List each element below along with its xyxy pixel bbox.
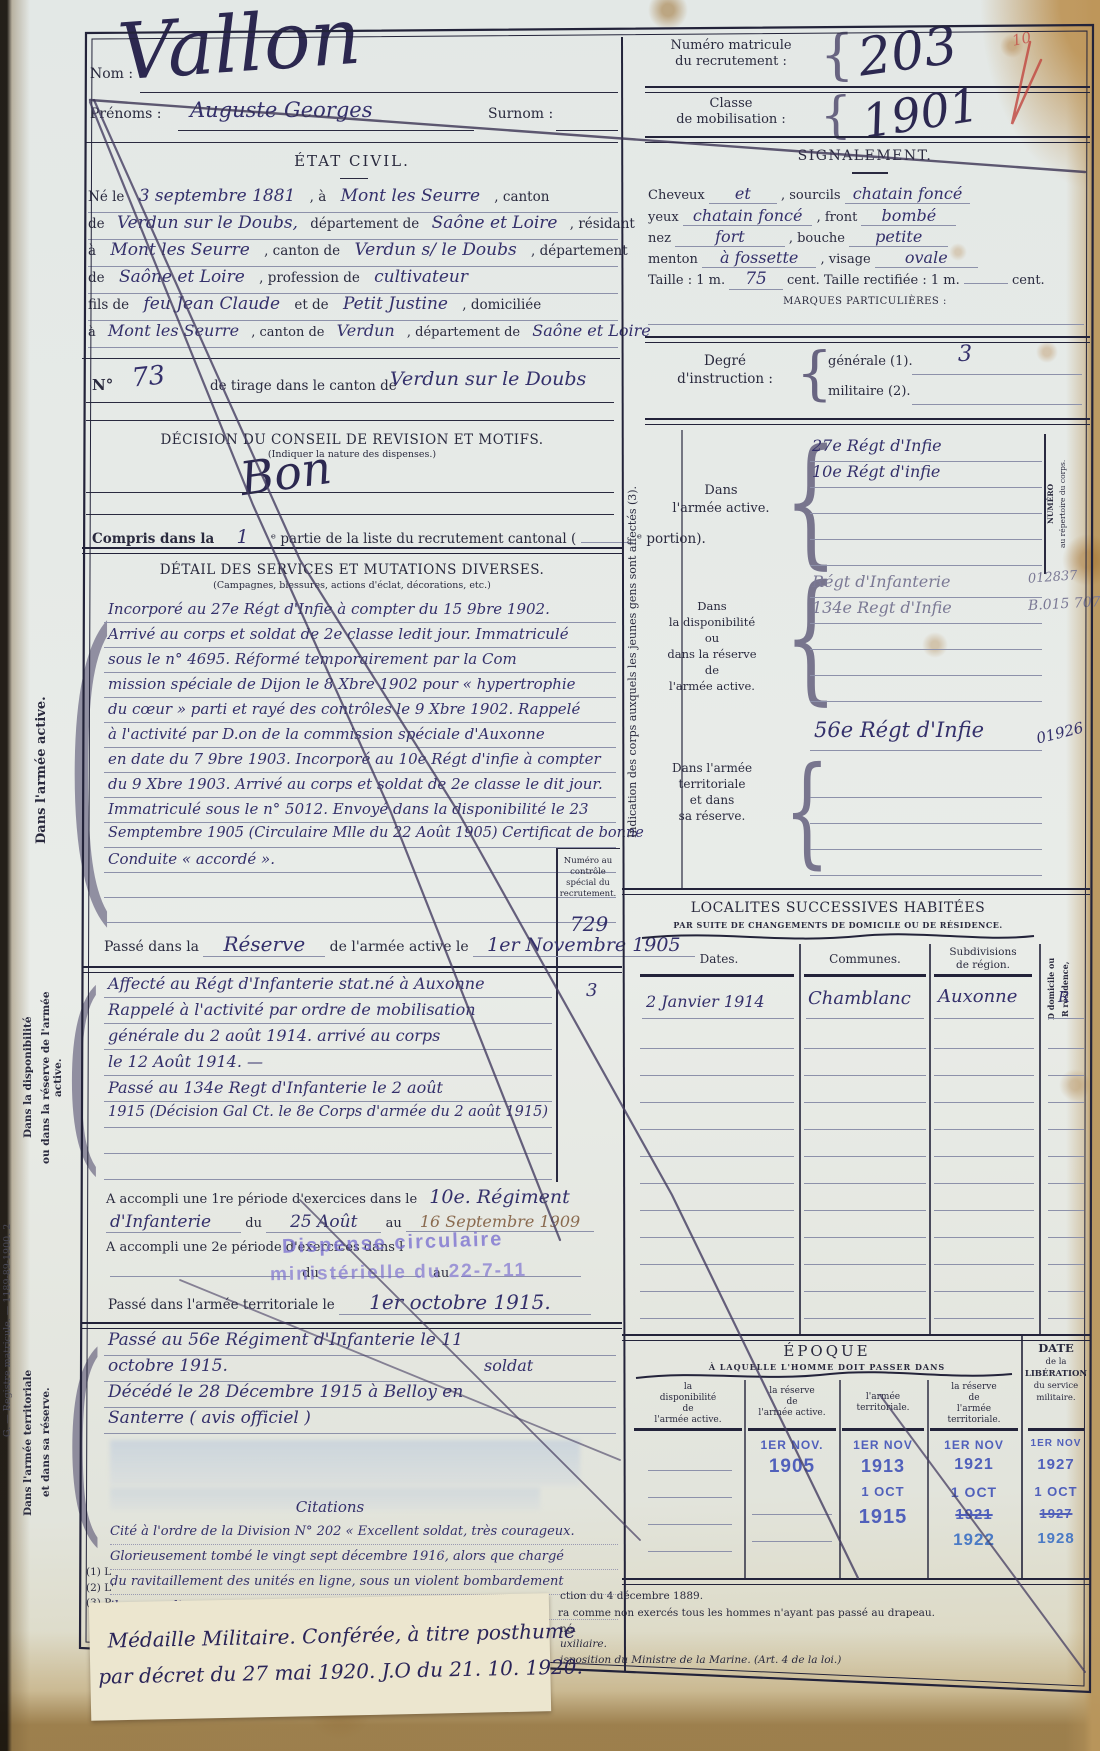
territoriale-entry: Santerre ( avis officiel ) bbox=[108, 1408, 311, 1428]
citation-text: Glorieusement tombé le vingt sept décemb… bbox=[110, 1549, 564, 1564]
ec-line-6: à Mont les Seurre , canton de Verdun , d… bbox=[88, 321, 618, 348]
header-underline bbox=[934, 974, 1032, 977]
decision-line bbox=[86, 492, 614, 493]
corps-56-number: 01926 bbox=[1035, 718, 1086, 747]
service-entry: du cœur » parti et rayé des contrôles le… bbox=[108, 700, 580, 718]
sig-line-2: yeux chatain foncé , front bombé bbox=[648, 206, 1086, 225]
signalement-title: SIGNALEMENT. bbox=[700, 148, 1030, 164]
dispo-brace: ( bbox=[64, 968, 103, 1178]
ec-l3-h2: Verdun s/ le Doubs bbox=[344, 240, 526, 260]
h: la réserve bbox=[951, 1382, 996, 1392]
classe-label: Classede mobilisation : bbox=[650, 96, 812, 128]
armee-active-vertical-label: Dans l'armée active. bbox=[34, 640, 52, 900]
stamp-date: 1927 bbox=[1026, 1456, 1086, 1473]
row-underline bbox=[642, 1018, 794, 1019]
passe-reserve-p2: de l'armée active le bbox=[330, 939, 469, 955]
classe-brace: { bbox=[820, 90, 852, 140]
sig-line-3: nez fort , bouche petite bbox=[648, 227, 1086, 246]
citations-title: Citations bbox=[200, 1498, 460, 1516]
corps-entry: 134e Regt d'Infie bbox=[812, 598, 952, 617]
corps-entry: 10e Régt d'infie bbox=[812, 462, 940, 481]
ec-l6-p1: à bbox=[88, 325, 96, 340]
h: la bbox=[684, 1382, 692, 1392]
title-rule bbox=[340, 178, 368, 179]
epoque-col1-header: ladisponibilitédel'armée active. bbox=[634, 1382, 742, 1426]
header-underline bbox=[930, 1428, 1018, 1431]
bouche-value: petite bbox=[849, 227, 948, 247]
periode-2-blank-1 bbox=[110, 1276, 290, 1277]
passe-territoriale-row: Passé dans l'armée territoriale le 1er o… bbox=[108, 1290, 591, 1314]
cent-label: cent. bbox=[1012, 273, 1045, 288]
ec-l2-h2: Saône et Loire bbox=[424, 213, 566, 233]
corps-active-entries: 27e Régt d'Infie 10e Régt d'infie bbox=[810, 436, 1042, 566]
bouche-label: , bouche bbox=[789, 231, 845, 246]
citation-text: du ravitaillement des unités en ligne, s… bbox=[110, 1574, 564, 1589]
territoriale-group-label-line: sa réserve. bbox=[679, 809, 746, 823]
localites-subtitle: PAR SUITE DE CHANGEMENTS DE DOMICILE OU … bbox=[640, 920, 1036, 930]
degre-label: Degréd'instruction : bbox=[662, 352, 788, 388]
footnote-marker: (1) L bbox=[86, 1566, 111, 1578]
visage-label: , visage bbox=[821, 252, 871, 267]
empty-rows bbox=[934, 1022, 1034, 1322]
matricule-label: Numéro matriculedu recrutement : bbox=[650, 38, 812, 70]
header-underline bbox=[640, 974, 794, 977]
row-underline bbox=[934, 1018, 1034, 1019]
degre-generale-value: 3 bbox=[958, 342, 972, 367]
sourcils-value: chatain foncé bbox=[845, 184, 971, 204]
periode-1-arme: d'Infanterie bbox=[106, 1212, 241, 1233]
date-lib-line: militaire. bbox=[1036, 1393, 1075, 1403]
decision-value: Bon bbox=[237, 440, 335, 506]
ruled-line bbox=[810, 750, 1042, 751]
compris-value: 1 bbox=[219, 526, 267, 549]
periode-1-row: A accompli une 1re période d'exercices d… bbox=[106, 1186, 578, 1208]
stamp-date: 1921 bbox=[930, 1456, 1018, 1474]
territoriale-vertical-label-2: et dans sa réserve. bbox=[40, 1330, 56, 1555]
prenoms-value: Auguste Georges bbox=[190, 98, 373, 122]
nez-label: nez bbox=[648, 231, 671, 246]
ec-l1-h1: 3 septembre 1881 bbox=[129, 186, 306, 206]
matricule-brace: { bbox=[820, 28, 854, 82]
dispo-entry: 1915 (Décision Gal Ct. le 8e Corps d'arm… bbox=[108, 1104, 548, 1120]
periode-1-row-2: d'Infanterie du 25 Août au 16 Septembre … bbox=[106, 1212, 594, 1232]
h: l'armée active. bbox=[758, 1408, 825, 1418]
dispense-stamp-line-2: ministérielle du 22-7-11 bbox=[270, 1260, 527, 1286]
stamp-date: 1 OCT bbox=[1026, 1484, 1086, 1499]
periode-1-label: A accompli une 1re période d'exercices d… bbox=[106, 1192, 417, 1207]
periode-1-du: du bbox=[245, 1216, 262, 1231]
h: territoriale. bbox=[856, 1403, 909, 1413]
ec-l6-p2: , canton de bbox=[251, 325, 324, 340]
prenoms-line bbox=[178, 130, 474, 131]
tirage-no-value: 73 bbox=[131, 360, 167, 393]
compris-p3: ᵉ portion). bbox=[637, 531, 706, 547]
dispo-group-label-line: la disponibilité bbox=[669, 615, 755, 629]
classe-label-2: de mobilisation : bbox=[676, 112, 786, 127]
heavy-divider bbox=[622, 888, 1090, 895]
h: l'armée active. bbox=[654, 1415, 721, 1425]
corps-territoriale-lines bbox=[810, 772, 1042, 876]
h: de bbox=[786, 1397, 797, 1407]
visage-value: ovale bbox=[875, 248, 978, 268]
prenoms-label: Prénoms : bbox=[90, 106, 161, 122]
stamp-date: 1ER NOV bbox=[842, 1438, 924, 1452]
ec-l4-h2: cultivateur bbox=[364, 267, 478, 287]
repertoire-label-1: NUMÉRO bbox=[1046, 438, 1057, 570]
dispo-entry: Passé au 134e Regt d'Infanterie le 2 aoû… bbox=[108, 1078, 443, 1097]
col-header-dates: Dates. bbox=[642, 952, 796, 966]
col-header-subdivisions: Subdivisionsde région. bbox=[934, 946, 1032, 972]
service-entry: Incorporé au 27e Régt d'Infie à compter … bbox=[108, 600, 550, 618]
nom-label: Nom : bbox=[90, 66, 133, 82]
ec-l6-h3: Saône et Loire bbox=[524, 321, 658, 340]
etat-civil-title: ÉTAT CIVIL. bbox=[86, 152, 618, 170]
heavy-divider bbox=[645, 418, 1090, 425]
dispo-group-label-line: ou bbox=[705, 631, 719, 645]
heavy-divider bbox=[622, 1578, 1090, 1585]
service-entry: en date du 7 9bre 1903. Incorporé au 10e… bbox=[108, 750, 601, 768]
matricule-label-1: Numéro matricule bbox=[670, 38, 791, 53]
menton-label: menton bbox=[648, 252, 698, 267]
localite-dr: R bbox=[1058, 988, 1069, 1006]
sourcils-label: , sourcils bbox=[781, 188, 841, 203]
ec-l5-h1: feu Jean Claude bbox=[133, 294, 290, 314]
territoriale-entry: Décédé le 28 Décembre 1915 à Belloy en bbox=[108, 1382, 463, 1402]
compris-p1: Compris dans la bbox=[92, 531, 214, 547]
header-underline bbox=[634, 1428, 742, 1431]
ec-l1-h2: Mont les Seurre bbox=[331, 186, 490, 206]
ec-l6-h2: Verdun bbox=[329, 321, 403, 340]
footnote-fragment: ction du 4 décembre 1889. bbox=[560, 1590, 703, 1602]
surnom-line bbox=[556, 130, 618, 131]
service-entry: Immatriculé sous le n° 5012. Envoyé dans… bbox=[108, 800, 589, 818]
blank-line bbox=[86, 142, 618, 143]
degre-militaire-label: militaire (2). bbox=[828, 384, 911, 399]
matricule-value: 203 bbox=[854, 15, 961, 88]
ec-l5-p2: et de bbox=[294, 297, 328, 313]
tirage-canton-value: Verdun sur le Doubs bbox=[390, 368, 586, 390]
corps-entry: Régt d'Infanterie bbox=[812, 572, 950, 591]
heavy-divider bbox=[622, 1334, 1090, 1341]
header-underline bbox=[842, 1428, 924, 1431]
citation-text: Cité à l'ordre de la Division N° 202 « E… bbox=[110, 1524, 575, 1539]
dispo-group-label: Dans la disponibilité ou dans la réserve… bbox=[644, 598, 780, 694]
dispo-group-label-line: l'armée active. bbox=[669, 679, 755, 693]
ec-l4-p2: , profession de bbox=[259, 270, 360, 286]
empty-rows bbox=[1048, 1022, 1084, 1322]
service-entry: sous le n° 4695. Réformé temporairement … bbox=[108, 650, 517, 668]
stamp-date: 1913 bbox=[842, 1456, 924, 1477]
indication-vertical-label: Indication des corps auxquels les jeunes… bbox=[626, 436, 644, 888]
stamp-date: 1ER NOV. bbox=[748, 1438, 836, 1452]
cheveux-label: Cheveux bbox=[648, 188, 705, 203]
heavy-divider bbox=[82, 1322, 622, 1329]
controle-column-top bbox=[556, 848, 620, 849]
territoriale-group-label-line: territoriale bbox=[679, 777, 746, 791]
localite-commune: Chamblanc bbox=[808, 988, 911, 1009]
epoque-col2-header: la réservedel'armée active. bbox=[748, 1386, 836, 1419]
nez-value: fort bbox=[675, 227, 785, 247]
periode-1-date-debut: 25 Août bbox=[266, 1212, 381, 1233]
localites-title: LOCALITES SUCCESSIVES HABITÉES bbox=[640, 900, 1036, 916]
col-header-subdivisions-1: Subdivisions bbox=[949, 946, 1016, 958]
degre-generale-label: générale (1). bbox=[828, 354, 913, 369]
stamp-date-crossed: 1927 bbox=[1026, 1506, 1086, 1521]
localite-subdivision: Auxonne bbox=[938, 986, 1017, 1007]
citation-line: Glorieusement tombé le vingt sept décemb… bbox=[110, 1545, 618, 1570]
ec-l2-h1: Verdun sur le Doubs, bbox=[109, 213, 306, 233]
ec-l3-p3: , département bbox=[531, 243, 628, 259]
front-value: bombé bbox=[861, 206, 956, 226]
ec-l4-h1: Saône et Loire bbox=[109, 267, 255, 287]
footnote-fragment: isposition du Ministre de la Marine. (Ar… bbox=[560, 1654, 841, 1666]
ec-l3-p1: à bbox=[88, 243, 96, 259]
ec-l6-h1: Mont les Seurre bbox=[100, 321, 247, 340]
territoriale-entries: Passé au 56e Régiment d'Infanterie le 11… bbox=[104, 1330, 616, 1434]
classe-label-1: Classe bbox=[710, 96, 753, 111]
empty-rows bbox=[804, 1022, 926, 1322]
ec-l1-p2: , à bbox=[310, 189, 327, 205]
passe-reserve-value: Réserve bbox=[203, 932, 325, 957]
service-entry: du 9 Xbre 1903. Arrivé au corps et solda… bbox=[108, 775, 603, 793]
ec-l2-p1: de bbox=[88, 216, 105, 232]
stamp-date: 1ER NOV bbox=[1026, 1438, 1086, 1449]
date-liberation-header: DATE de la LIBÉRATION du service militai… bbox=[1024, 1342, 1088, 1404]
ec-l1-p1: Né le bbox=[88, 189, 124, 205]
compris-p2: ᵉ partie de la liste du recrutement cant… bbox=[271, 531, 576, 547]
header-underline bbox=[804, 974, 926, 977]
repertoire-label-2: au répertoire du corps. bbox=[1058, 438, 1069, 570]
dispo-entry: Affecté au Régt d'Infanterie stat.né à A… bbox=[108, 974, 485, 993]
ec-l3-h1: Mont les Seurre bbox=[100, 240, 259, 260]
name-script: Vallon bbox=[115, 0, 363, 98]
stamp-date: 1922 bbox=[930, 1530, 1018, 1550]
sig-line-1: Cheveux et , sourcils chatain foncé bbox=[648, 184, 1086, 203]
citation-line: du ravitaillement des unités en ligne, s… bbox=[110, 1570, 618, 1595]
ec-l1-p3: , canton bbox=[494, 189, 549, 205]
h: de bbox=[968, 1393, 979, 1403]
armee-active-label-2: l'armée active. bbox=[672, 501, 769, 516]
h: de bbox=[682, 1404, 693, 1414]
tirage-line-2 bbox=[86, 420, 614, 421]
date-lib-line: du service bbox=[1034, 1381, 1078, 1391]
services-entries: Incorporé au 27e Régt d'Infie à compter … bbox=[104, 598, 616, 923]
tirage-label: de tirage dans le canton de bbox=[210, 378, 397, 394]
territoriale-group-label-line: Dans l'armée bbox=[672, 761, 752, 775]
stamp-date: 1915 bbox=[842, 1506, 924, 1529]
epoque-title: ÉPOQUE bbox=[632, 1342, 1022, 1360]
degre-label-1: Degré bbox=[704, 353, 746, 369]
passe-reserve-p1: Passé dans la bbox=[104, 939, 199, 955]
controle-value-2: 3 bbox=[586, 980, 597, 1001]
ec-l4-p1: de bbox=[88, 270, 105, 286]
corps-entry: 27e Régt d'Infie bbox=[812, 436, 942, 455]
dispo-vertical-label-2: ou dans la réserve de l'armée active. bbox=[40, 975, 56, 1180]
taille-label: Taille : 1 m. bbox=[648, 273, 725, 288]
sig-line-4: menton à fossette , visage ovale bbox=[648, 248, 1086, 267]
heavy-divider bbox=[645, 86, 1090, 93]
decision-line-2 bbox=[86, 514, 614, 515]
passe-reserve-row: Passé dans la Réserve de l'armée active … bbox=[104, 932, 695, 956]
ec-l6-p3: , département de bbox=[407, 325, 520, 340]
dispo-group-label-line: dans la réserve bbox=[667, 647, 756, 661]
heavy-divider bbox=[82, 547, 622, 554]
armee-active-group-label: Dansl'armée active. bbox=[656, 482, 786, 518]
ec-l2-p2: département de bbox=[310, 216, 419, 232]
date-lib-line: LIBÉRATION bbox=[1025, 1369, 1087, 1379]
stamp-date: 1ER NOV bbox=[930, 1438, 1018, 1452]
stamp-date: 1 OCT bbox=[842, 1484, 924, 1499]
taille-rectifiee-label: cent. Taille rectifiée : 1 m. bbox=[787, 273, 960, 288]
territoriale-group-label-line: et dans bbox=[690, 793, 734, 807]
yeux-value: chatain foncé bbox=[683, 206, 813, 226]
service-entry: Conduite « accordé ». bbox=[108, 850, 275, 868]
corps-56-entry: 56e Régt d'Infie bbox=[814, 718, 984, 742]
section-line bbox=[82, 358, 620, 359]
nom-line bbox=[140, 92, 618, 93]
dispo-entry: le 12 Août 1914. — bbox=[108, 1052, 263, 1071]
taille-value: 75 bbox=[729, 269, 783, 290]
corps-number: B.015 707. bbox=[1028, 594, 1100, 614]
ec-line-3: à Mont les Seurre , canton de Verdun s/ … bbox=[88, 240, 618, 267]
surnom-label: Surnom : bbox=[488, 106, 553, 122]
armee-active-label-1: Dans bbox=[704, 483, 737, 498]
degre-line bbox=[912, 374, 1082, 375]
dispo-group-label-line: de bbox=[705, 663, 719, 677]
date-lib-line: de la bbox=[1046, 1357, 1067, 1367]
services-title: DÉTAIL DES SERVICES ET MUTATIONS DIVERSE… bbox=[86, 562, 618, 578]
decision-subtitle: (Indiquer la nature des dispenses.) bbox=[86, 449, 618, 460]
row-underline bbox=[1048, 1018, 1084, 1019]
dispo-group-label-line: Dans bbox=[697, 599, 726, 613]
footnote-fragment: ra comme non exercés tous les hommes n'a… bbox=[558, 1607, 935, 1619]
medaille-slip: Médaille Militaire. Conférée, à titre po… bbox=[89, 1593, 551, 1721]
territoriale-group-label: Dans l'armée territoriale et dans sa rés… bbox=[644, 760, 780, 824]
territoriale-vertical-label-1: Dans l'armée territoriale bbox=[22, 1330, 38, 1555]
sig-line-5: Taille : 1 m. 75 cent. Taille rectifiée … bbox=[648, 269, 1086, 289]
yeux-label: yeux bbox=[648, 210, 679, 225]
territoriale-brace: ( bbox=[64, 1328, 105, 1549]
degre-line bbox=[912, 404, 1082, 405]
header-underline bbox=[748, 1428, 836, 1431]
territoriale-entry: Passé au 56e Régiment d'Infanterie le 11 bbox=[108, 1330, 463, 1350]
passe-territoriale-label: Passé dans l'armée territoriale le bbox=[108, 1297, 335, 1313]
h: l'armée bbox=[957, 1404, 991, 1414]
ec-l2-p3: , résidant bbox=[570, 216, 635, 232]
dispo-vertical-label-1: Dans la disponibilité bbox=[22, 975, 38, 1180]
marques-label: MARQUES PARTICULIÈRES : bbox=[700, 296, 1030, 307]
service-entry: mission spéciale de Dijon le 8 Xbre 1902… bbox=[108, 675, 576, 693]
h: l'armée bbox=[866, 1392, 900, 1402]
title-rule bbox=[852, 172, 888, 174]
corps-dispo-entries: Régt d'Infanterie 134e Regt d'Infie bbox=[810, 572, 1042, 702]
ec-line-1: Né le 3 septembre 1881 , à Mont les Seur… bbox=[88, 186, 618, 213]
header-underline bbox=[1028, 1428, 1084, 1431]
menton-value: à fossette bbox=[702, 248, 816, 268]
date-lib-line: DATE bbox=[1038, 1341, 1074, 1355]
compris-blank bbox=[581, 542, 633, 543]
medaille-line-1: Médaille Militaire. Conférée, à titre po… bbox=[107, 1619, 576, 1653]
epoque-col4-header: la réservedel'arméeterritoriale. bbox=[930, 1382, 1018, 1426]
h: disponibilité bbox=[660, 1393, 716, 1403]
h: la réserve bbox=[769, 1386, 814, 1396]
heavy-divider bbox=[645, 336, 1090, 343]
decision-title: DÉCISION DU CONSEIL DE REVISION ET MOTIF… bbox=[86, 432, 618, 448]
marques-line bbox=[648, 324, 1084, 325]
service-entry: Semptembre 1905 (Circulaire Mlle du 22 A… bbox=[108, 825, 644, 841]
ec-l5-p1: fils de bbox=[88, 297, 129, 313]
front-label: , front bbox=[817, 210, 858, 225]
service-entry: à l'activité par D.on de la commission s… bbox=[108, 725, 545, 743]
stamp-date-crossed: 1921 bbox=[930, 1506, 1018, 1523]
taille-rectifiee-blank bbox=[964, 283, 1008, 284]
empty-rows bbox=[648, 1444, 732, 1552]
ec-l5-h2: Petit Justine bbox=[333, 294, 458, 314]
cheveux-value: et bbox=[709, 184, 777, 204]
heavy-divider bbox=[645, 136, 1090, 143]
epoque-subtitle: À LAQUELLE L'HOMME DOIT PASSER DANS bbox=[632, 1362, 1022, 1372]
matricule-label-2: du recrutement : bbox=[675, 54, 787, 69]
stamp-date: 1 OCT bbox=[930, 1484, 1018, 1500]
ec-l3-p2: , canton de bbox=[264, 243, 340, 259]
territoriale-grade: soldat bbox=[484, 1356, 533, 1375]
registre-matricule-page: G. — Registre matricule. — 1189-89-1900.… bbox=[0, 0, 1100, 1751]
controle-header: Numéro au contrôle spécial du recrutemen… bbox=[557, 856, 619, 900]
epoque-col3-header: l'arméeterritoriale. bbox=[842, 1392, 924, 1414]
faded-area bbox=[110, 1440, 580, 1486]
margin-imprint: G. — Registre matricule. — 1189-89-1900.… bbox=[2, 1080, 18, 1580]
footnote-marker: (2) L' bbox=[86, 1582, 114, 1594]
stamp-date: 1928 bbox=[1026, 1530, 1086, 1547]
ec-l5-p3: , domiciliée bbox=[462, 297, 541, 313]
stamp-date: 1905 bbox=[748, 1456, 836, 1478]
tirage-line bbox=[86, 402, 614, 403]
dispo-entries: Affecté au Régt d'Infanterie stat.né à A… bbox=[104, 972, 552, 1180]
col-header-domicile: D domicile ou bbox=[1046, 946, 1058, 1032]
empty-rows bbox=[752, 1488, 832, 1542]
row-underline bbox=[806, 1018, 924, 1019]
degre-label-2: d'instruction : bbox=[677, 371, 773, 387]
red-annotation: 10 bbox=[1010, 28, 1032, 50]
col-header-subdivisions-2: de région. bbox=[956, 959, 1010, 971]
col-header-communes: Communes. bbox=[804, 952, 926, 966]
localite-date: 2 Janvier 1914 bbox=[646, 992, 765, 1011]
periode-1-regiment: 10e. Régiment bbox=[421, 1186, 577, 1208]
empty-rows bbox=[640, 1022, 794, 1322]
corps-number: 012837 bbox=[1028, 568, 1079, 586]
h: territoriale. bbox=[947, 1415, 1000, 1425]
citation-line: Cité à l'ordre de la Division N° 202 « E… bbox=[110, 1520, 618, 1545]
service-entry: Arrivé au corps et soldat de 2e classe l… bbox=[108, 625, 569, 643]
medaille-line-2: par décret du 27 mai 1920. J.O du 21. 10… bbox=[98, 1655, 583, 1689]
territoriale-entry: octobre 1915. bbox=[108, 1356, 228, 1376]
ec-line-2: de Verdun sur le Doubs, département de S… bbox=[88, 213, 618, 240]
services-subtitle: (Campagnes, blessures, actions d'éclat, … bbox=[86, 580, 618, 591]
passe-territoriale-date: 1er octobre 1915. bbox=[339, 1290, 591, 1315]
dispo-entry: générale du 2 août 1914. arrivé au corps bbox=[108, 1026, 440, 1045]
compris-row: Compris dans la 1 ᵉ partie de la liste d… bbox=[92, 526, 706, 548]
ec-line-5: fils de feu Jean Claude et de Petit Just… bbox=[88, 294, 618, 321]
ec-line-4: de Saône et Loire , profession de cultiv… bbox=[88, 267, 618, 294]
tirage-no-label: N° bbox=[92, 376, 113, 394]
periode-1-au: au bbox=[386, 1216, 402, 1231]
dispo-entry: Rappelé à l'activité par ordre de mobili… bbox=[108, 1000, 476, 1019]
